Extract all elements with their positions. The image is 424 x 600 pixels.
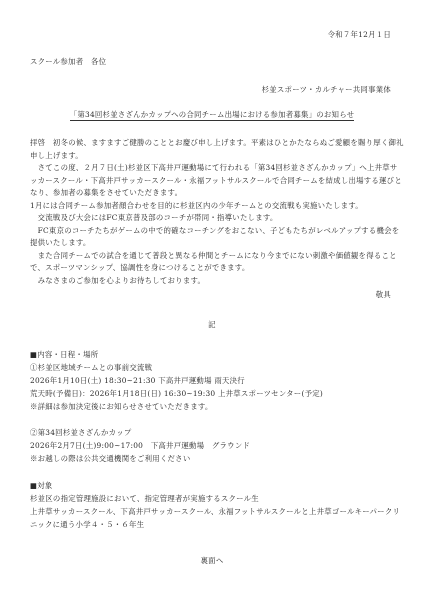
body-line: 1月には合同チーム参加者顔合わせを目的に杉並区内の少年チームとの交流戦も実施いた…	[30, 201, 363, 211]
event2-title: ②第34回杉並さざんかカップ	[30, 428, 132, 438]
body-line: また合同チームでの試合を通じて普段と異なる仲間とチームになり今までにない刺激や価…	[30, 251, 397, 261]
body-line: 提供いたします。	[30, 238, 91, 248]
body-line: 交流戦及び大会にはFC東京普及部のコーチが帯同・指導いたします。	[30, 213, 278, 223]
addressee: スクール参加者 各位	[30, 57, 106, 67]
document-title-text: 「第34回杉並さざんかカップへの合同チーム出場における参加者募集」のお知らせ	[70, 110, 355, 121]
event1-rain-date: 荒天時(予備日)：2026年1月18日(日) 16:30~19:30 上井草スポ…	[30, 389, 323, 399]
document-title: 「第34回杉並さざんかカップへの合同チーム出場における参加者募集」のお知らせ	[0, 110, 424, 120]
section-heading-content: ■内容・日程・場所	[30, 350, 98, 360]
body-line: ッカースクール・下高井戸サッカースクール・永福フットサルスクールで合同チームを結…	[30, 176, 402, 186]
body-line: で、スポーツマンシップ、協調性を身につけることができます。	[30, 263, 249, 273]
section-heading-target: ■対象	[30, 481, 53, 491]
body-line: FC東京のコーチたちがゲームの中で的確なコーチングをおこない、子どもたちがレベル…	[30, 226, 399, 236]
document-date: 令和７年12月１日	[328, 30, 391, 40]
event1-note: ※詳細は参加決定後にお知らせさせていただきます。	[30, 402, 213, 412]
body-line: なり、参加者の募集をさせていただきます。	[30, 188, 182, 198]
event1-title: ①杉並区地域チームとの事前交流戦	[30, 363, 152, 373]
sender-organization: 杉並スポーツ・カルチャー共同事業体	[262, 85, 391, 95]
body-line: 拝啓 初冬の候、ますますご健勝のこととお慶び申し上げます。平素はひとかたならぬご…	[30, 138, 404, 148]
continued-overleaf: 裏面へ	[0, 556, 424, 566]
closing-keigu: 敬具	[376, 290, 391, 300]
body-line: みなさまのご参加を心よりお待ちしております。	[30, 276, 205, 286]
target-line: 杉並区の指定管理施設において、指定管理者が実施するスクール生	[30, 494, 259, 504]
target-line: ニックに通う小学４・５・６年生	[30, 520, 144, 530]
event2-schedule: 2026年2月7日(土)9:00~17:00 下高井戸運動場 グラウンド	[30, 441, 250, 451]
event1-schedule: 2026年1月10日(土) 18:30~21:30 下高井戸運動場 雨天決行	[30, 376, 245, 386]
body-line: さてこの度、２月７日(土)杉並区下高井戸運動場にて行われる「第34回杉並さざんか…	[30, 163, 398, 173]
event2-note: ※お越しの際は公共交通機関をご利用ください	[30, 454, 190, 464]
target-line: 上井草サッカースクール、下高井戸サッカースクール、永福フットサルスクールと上井草…	[30, 507, 400, 517]
ki-marker: 記	[0, 320, 424, 330]
document-page: 令和７年12月１日 スクール参加者 各位 杉並スポーツ・カルチャー共同事業体 「…	[0, 0, 424, 600]
body-line: 申し上げます。	[30, 151, 83, 161]
